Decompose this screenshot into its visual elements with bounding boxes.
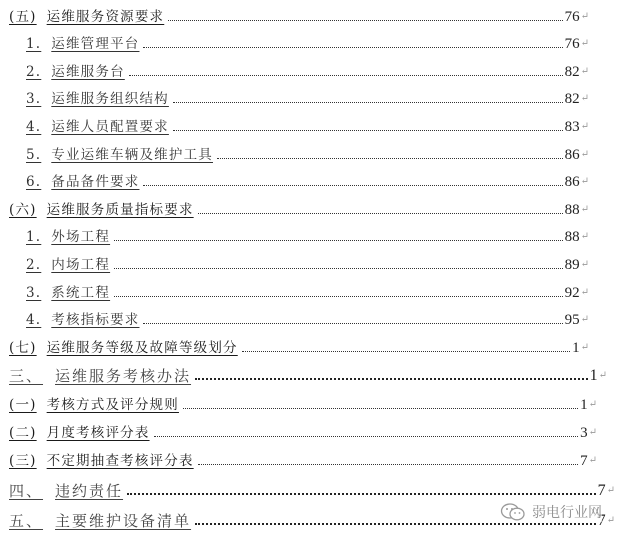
toc-entry[interactable]: 四、违约责任7↵ [0, 476, 625, 500]
toc-entry-label[interactable]: 5.专业运维车辆及维护工具 [26, 146, 213, 164]
toc-entry[interactable]: 3.运维服务组织结构82↵ [0, 84, 625, 108]
toc-entry-title: 外场工程 [51, 229, 110, 245]
page-number: 88 [565, 228, 580, 246]
toc-entry-label[interactable]: 2.运维服务台 [26, 63, 125, 81]
toc-entry-label[interactable]: 3.运维服务组织结构 [26, 90, 169, 108]
toc-entry[interactable]: (二)月度考核评分表3↵ [0, 418, 625, 442]
toc-entry[interactable]: (三)不定期抽查考核评分表7↵ [0, 446, 625, 470]
paragraph-mark-icon: ↵ [589, 424, 597, 442]
wechat-icon [500, 502, 526, 522]
toc-entry[interactable]: (七)运维服务等级及故障等级划分1↵ [0, 333, 625, 357]
toc-entry-title: 运维服务等级及故障等级划分 [47, 340, 238, 356]
toc-entry-title: 运维服务台 [51, 64, 125, 80]
toc-entry-title: 考核方式及评分规则 [47, 397, 179, 413]
toc-entry-title: 备品备件要求 [51, 174, 139, 190]
toc-entry-label[interactable]: 四、违约责任 [9, 482, 123, 500]
toc-entry-label[interactable]: 4.考核指标要求 [26, 311, 139, 329]
dot-leader [183, 407, 578, 409]
toc-entry-title: 运维管理平台 [51, 36, 139, 52]
toc-entry-number: (一) [9, 397, 37, 413]
toc-entry-title: 专业运维车辆及维护工具 [51, 147, 213, 163]
toc-entry-label[interactable]: 1.外场工程 [26, 228, 110, 246]
toc-entry-number: (六) [9, 202, 37, 218]
toc-entry[interactable]: 2.内场工程89↵ [0, 250, 625, 274]
toc-entry-label[interactable]: 1.运维管理平台 [26, 35, 139, 53]
toc-entry-number: 5. [26, 147, 41, 163]
page-number: 76 [565, 35, 580, 53]
paragraph-mark-icon: ↵ [581, 118, 589, 136]
paragraph-mark-icon: ↵ [599, 367, 607, 385]
page-number: 88 [565, 201, 580, 219]
toc-entry-title: 运维人员配置要求 [51, 119, 169, 135]
dot-leader [195, 522, 596, 525]
toc-entry-label[interactable]: 4.运维人员配置要求 [26, 118, 169, 136]
paragraph-mark-icon: ↵ [581, 311, 589, 329]
toc-entry-title: 主要维护设备清单 [55, 512, 191, 530]
paragraph-mark-icon: ↵ [589, 396, 597, 414]
page-number: 92 [565, 284, 580, 302]
toc-entry-label[interactable]: (七)运维服务等级及故障等级划分 [9, 339, 238, 357]
toc-entry-number: 4. [26, 119, 41, 135]
toc-entry[interactable]: 3.系统工程92↵ [0, 278, 625, 302]
toc-entry-title: 考核指标要求 [51, 312, 139, 328]
dot-leader [154, 435, 579, 437]
page-number: 82 [565, 63, 580, 81]
toc-entry[interactable]: (五)运维服务资源要求76↵ [0, 2, 625, 26]
toc-entry-title: 违约责任 [55, 482, 123, 500]
paragraph-mark-icon: ↵ [607, 512, 615, 530]
toc-entry-label[interactable]: 三、运维服务考核办法 [9, 367, 191, 385]
toc-entry-number: (二) [9, 425, 37, 441]
toc-entry-label[interactable]: 6.备品备件要求 [26, 173, 139, 191]
toc-entry[interactable]: 4.运维人员配置要求83↵ [0, 112, 625, 136]
toc-entry-number: (五) [9, 9, 37, 25]
toc-entry[interactable]: 1.运维管理平台76↵ [0, 29, 625, 53]
toc-entry-number: 3. [26, 91, 41, 107]
toc-entry-label[interactable]: (五)运维服务资源要求 [9, 8, 164, 26]
paragraph-mark-icon: ↵ [581, 228, 589, 246]
page-number: 89 [565, 256, 580, 274]
toc-entry-number: 1. [26, 36, 41, 52]
dot-leader [129, 74, 563, 76]
page-number: 1 [580, 396, 588, 414]
toc-entry[interactable]: 1.外场工程88↵ [0, 222, 625, 246]
page-number: 3 [580, 424, 588, 442]
paragraph-mark-icon: ↵ [581, 146, 589, 164]
dot-leader [127, 492, 596, 495]
dot-leader [173, 101, 563, 103]
toc-entry-title: 内场工程 [51, 257, 110, 273]
watermark: 弱电行业网 [500, 502, 602, 522]
page-number: 82 [565, 90, 580, 108]
toc-entry-number: 五、 [9, 512, 43, 530]
toc-entry-label[interactable]: 2.内场工程 [26, 256, 110, 274]
toc-entry[interactable]: 5.专业运维车辆及维护工具86↵ [0, 140, 625, 164]
page-number: 76 [565, 8, 580, 26]
toc-entry-title: 运维服务质量指标要求 [47, 202, 194, 218]
toc-entry-title: 运维服务考核办法 [55, 367, 191, 385]
toc-entry-number: 2. [26, 64, 41, 80]
dot-leader [198, 212, 563, 214]
dot-leader [195, 377, 588, 380]
toc-entry-number: 四、 [9, 482, 43, 500]
toc-entry[interactable]: (一)考核方式及评分规则1↵ [0, 390, 625, 414]
toc-entry-label[interactable]: (三)不定期抽查考核评分表 [9, 452, 194, 470]
toc-entry-label[interactable]: (二)月度考核评分表 [9, 424, 150, 442]
paragraph-mark-icon: ↵ [581, 90, 589, 108]
toc-entry-number: 6. [26, 174, 41, 190]
paragraph-mark-icon: ↵ [581, 201, 589, 219]
dot-leader [114, 267, 563, 269]
toc-entry-title: 运维服务组织结构 [51, 91, 169, 107]
toc-entry-number: (三) [9, 453, 37, 469]
dot-leader [114, 295, 563, 297]
paragraph-mark-icon: ↵ [607, 482, 615, 500]
toc-entry[interactable]: (六)运维服务质量指标要求88↵ [0, 195, 625, 219]
page-number: 1 [572, 339, 580, 357]
dot-leader [143, 322, 562, 324]
paragraph-mark-icon: ↵ [581, 256, 589, 274]
dot-leader [173, 129, 563, 131]
paragraph-mark-icon: ↵ [581, 63, 589, 81]
page-number: 1 [590, 367, 598, 385]
dot-leader [198, 463, 578, 465]
paragraph-mark-icon: ↵ [589, 452, 597, 470]
dot-leader [242, 350, 570, 352]
toc-entry-label[interactable]: 五、主要维护设备清单 [9, 512, 191, 530]
page-number: 7 [598, 482, 606, 500]
toc-entry-title: 月度考核评分表 [47, 425, 150, 441]
page-number: 7 [580, 452, 588, 470]
page-number: 86 [565, 173, 580, 191]
dot-leader [143, 46, 562, 48]
toc-entry[interactable]: 2.运维服务台82↵ [0, 57, 625, 81]
toc-entry-number: 3. [26, 285, 41, 301]
dot-leader [143, 184, 562, 186]
toc-entry-number: 4. [26, 312, 41, 328]
page-number: 95 [565, 311, 580, 329]
toc-entry-number: 2. [26, 257, 41, 273]
toc-entry-number: (七) [9, 340, 37, 356]
dot-leader [217, 157, 563, 159]
paragraph-mark-icon: ↵ [581, 284, 589, 302]
page-number: 83 [565, 118, 580, 136]
toc-entry-title: 系统工程 [51, 285, 110, 301]
toc-entry-label[interactable]: 3.系统工程 [26, 284, 110, 302]
paragraph-mark-icon: ↵ [581, 339, 589, 357]
paragraph-mark-icon: ↵ [581, 8, 589, 26]
watermark-text: 弱电行业网 [532, 502, 602, 522]
toc-entry[interactable]: 三、运维服务考核办法1↵ [0, 361, 625, 385]
dot-leader [168, 19, 562, 21]
toc-entry-title: 不定期抽查考核评分表 [47, 453, 194, 469]
toc-entry-number: 三、 [9, 367, 43, 385]
toc-entry[interactable]: 4.考核指标要求95↵ [0, 305, 625, 329]
page-number: 86 [565, 146, 580, 164]
toc-entry-title: 运维服务资源要求 [47, 9, 165, 25]
toc-entry-number: 1. [26, 229, 41, 245]
toc-entry[interactable]: 6.备品备件要求86↵ [0, 167, 625, 191]
dot-leader [114, 239, 563, 241]
toc-entry-label[interactable]: (一)考核方式及评分规则 [9, 396, 179, 414]
toc-entry-label[interactable]: (六)运维服务质量指标要求 [9, 201, 194, 219]
paragraph-mark-icon: ↵ [581, 173, 589, 191]
paragraph-mark-icon: ↵ [581, 35, 589, 53]
